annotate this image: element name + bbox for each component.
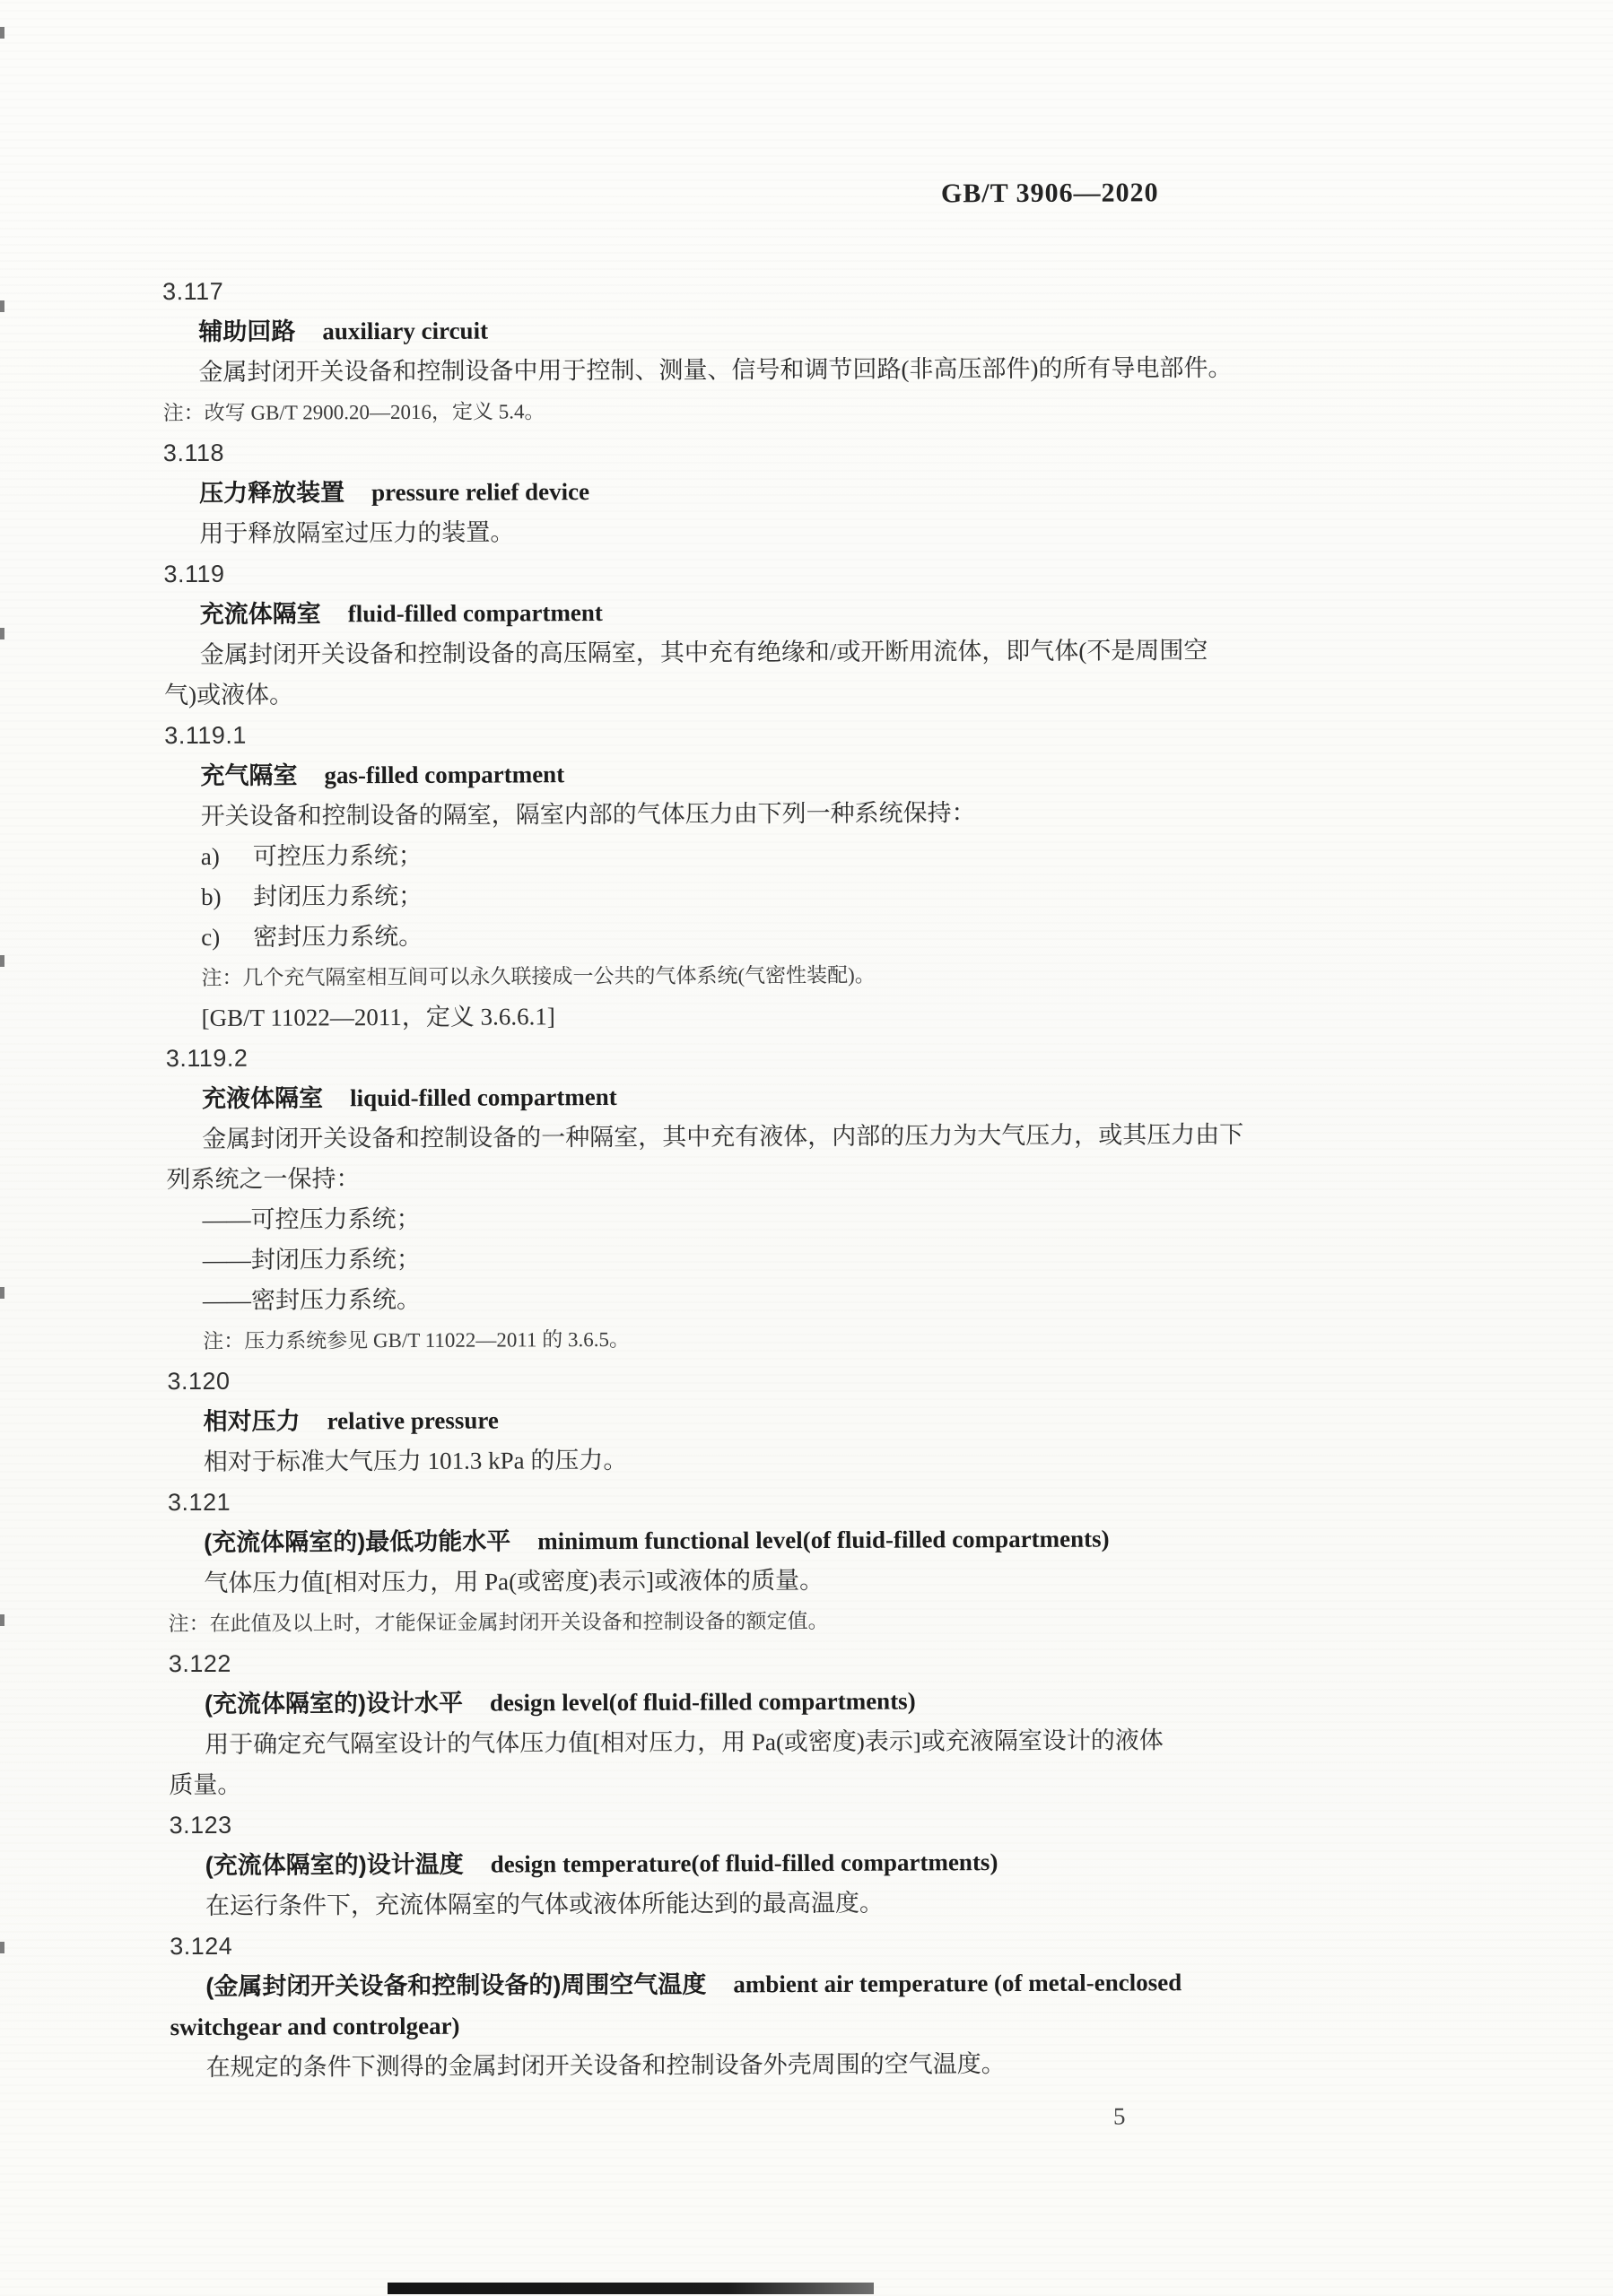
definition-line: 在运行条件下，充流体隔室的气体或液体所能达到的最高温度。 <box>170 1882 1210 1926</box>
binding-mark <box>0 1942 4 1953</box>
term-line: 压力释放装置pressure relief device <box>163 469 1204 514</box>
list-item-label: b) <box>201 877 253 918</box>
section-number: 3.119.1 <box>164 711 1205 756</box>
term-en: pressure relief device <box>371 478 589 506</box>
definition-line: 相对于标准大气压力 101.3 kPa 的压力。 <box>168 1438 1208 1483</box>
note-line: 注：压力系统参见 GB/T 11022—2011 的 3.6.5。 <box>167 1317 1208 1361</box>
scanned-standard-page: GB/T 3906—2020 3.117 辅助回路auxiliary circu… <box>0 0 1613 2296</box>
section-number: 3.123 <box>169 1801 1209 1846</box>
term-en: minimum functional level(of fluid-filled… <box>537 1526 1110 1555</box>
definition-line: 开关设备和控制设备的隔室，隔室内部的气体压力由下列一种系统保持： <box>165 792 1206 837</box>
definition-line: 金属封闭开关设备和控制设备中用于控制、测量、信号和调节回路(非高压部件)的所有导… <box>162 348 1203 393</box>
section-number: 3.121 <box>168 1478 1208 1523</box>
term-zh: (充流体隔室的)设计温度 <box>205 1851 464 1879</box>
note-line: 注：在此值及以上时，才能保证金属封闭开关设备和控制设备的额定值。 <box>168 1599 1208 1644</box>
definition-line: 用于释放隔室过压力的装置。 <box>163 509 1204 554</box>
term-zh: 充流体隔室 <box>200 600 321 628</box>
term-en: fluid-filled compartment <box>348 599 603 627</box>
term-en: design level(of fluid-filled compartment… <box>490 1687 916 1716</box>
list-item: c)密封压力系统。 <box>165 913 1206 958</box>
definition-line: 金属封闭开关设备和控制设备的一种隔室，其中充有液体，内部的压力为大气压力，或其压… <box>166 1115 1207 1160</box>
definition-line: 在规定的条件下测得的金属封闭开关设备和控制设备外壳周围的空气温度。 <box>170 2043 1211 2088</box>
term-zh: 充液体隔室 <box>202 1084 323 1112</box>
term-zh: (充流体隔室的)最低功能水平 <box>204 1527 510 1555</box>
section-number: 3.119.2 <box>166 1034 1207 1079</box>
definition-line: 金属封闭开关设备和控制设备的高压隔室，其中充有绝缘和/或开断用流体，即气体(不是… <box>164 631 1205 675</box>
list-item-label: c) <box>201 918 253 958</box>
binding-mark <box>0 1287 4 1299</box>
scan-skew-wrapper: GB/T 3906—2020 3.117 辅助回路auxiliary circu… <box>0 0 1613 2296</box>
term-zh: 辅助回路 <box>198 317 295 344</box>
section-number: 3.124 <box>170 1922 1210 1967</box>
definition-line: 用于确定充气隔室设计的气体压力值[相对压力，用 Pa(或密度)表示]或充液隔室设… <box>169 1720 1209 1765</box>
note-line: 注：几个充气隔室相互间可以永久联接成一公共的气体系统(气密性装配)。 <box>165 953 1206 998</box>
note-line: 注：改写 GB/T 2900.20—2016，定义 5.4。 <box>163 388 1204 433</box>
term-line: (充流体隔室的)设计温度design temperature(of fluid-… <box>170 1841 1210 1886</box>
section-number: 3.120 <box>167 1357 1208 1402</box>
section-number: 3.118 <box>163 429 1204 474</box>
term-zh: (金属封闭开关设备和控制设备的)周围空气温度 <box>205 1971 706 2000</box>
term-line: 充流体隔室fluid-filled compartment <box>164 590 1205 635</box>
terms-and-definitions-content: 3.117 辅助回路auxiliary circuit 金属封闭开关设备和控制设… <box>162 267 1211 2088</box>
binding-mark <box>0 27 4 39</box>
definition-line: 列系统之一保持： <box>166 1155 1207 1200</box>
list-item-text: 密封压力系统。 <box>253 923 423 951</box>
definition-line: 气)或液体。 <box>164 671 1205 716</box>
term-line: 相对压力relative pressure <box>168 1397 1208 1442</box>
term-line: (充流体隔室的)设计水平design level(of fluid-filled… <box>169 1680 1209 1725</box>
term-en: auxiliary circuit <box>322 317 488 345</box>
term-en: design temperature(of fluid-filled compa… <box>491 1848 998 1877</box>
term-zh: 相对压力 <box>204 1407 301 1434</box>
scan-artifact-bar <box>388 2283 874 2294</box>
term-zh: 压力释放装置 <box>199 479 344 507</box>
term-zh: 充气隔室 <box>200 761 297 788</box>
list-item-label: a) <box>201 837 253 877</box>
dash-list-item: ——封闭压力系统； <box>167 1236 1208 1281</box>
section-number: 3.119 <box>163 550 1204 595</box>
binding-mark <box>0 300 4 312</box>
section-number: 3.122 <box>169 1639 1209 1684</box>
section-number: 3.117 <box>162 267 1203 312</box>
term-line: 充液体隔室liquid-filled compartment <box>166 1074 1207 1119</box>
term-zh: (充流体隔室的)设计水平 <box>205 1690 463 1718</box>
term-en-continuation: switchgear and controlgear) <box>170 2003 1210 2048</box>
term-line: (充流体隔室的)最低功能水平minimum functional level(o… <box>168 1518 1208 1563</box>
term-line: 充气隔室gas-filled compartment <box>164 752 1205 796</box>
list-item-text: 封闭压力系统； <box>253 883 423 910</box>
term-line: 辅助回路auxiliary circuit <box>162 308 1203 352</box>
definition-line: 质量。 <box>169 1761 1209 1805</box>
term-line: (金属封闭开关设备和控制设备的)周围空气温度ambient air temper… <box>170 1962 1210 2007</box>
binding-mark <box>0 1614 4 1626</box>
term-en: ambient air temperature (of metal-enclos… <box>733 1969 1181 1997</box>
standard-number-header: GB/T 3906—2020 <box>161 178 1159 213</box>
definition-line: 气体压力值[相对压力，用 Pa(或密度)表示]或液体的质量。 <box>168 1559 1208 1604</box>
citation-line: [GB/T 11022—2011，定义 3.6.6.1] <box>166 994 1207 1039</box>
term-en: relative pressure <box>327 1407 499 1435</box>
dash-list-item: ——可控压力系统； <box>167 1196 1208 1240</box>
list-item: a)可控压力系统； <box>165 832 1206 877</box>
binding-mark <box>0 955 4 967</box>
list-item: b)封闭压力系统； <box>165 873 1206 918</box>
page-number: 5 <box>1113 2102 1126 2130</box>
term-en: liquid-filled compartment <box>350 1083 617 1111</box>
dash-list-item: ——密封压力系统。 <box>167 1276 1208 1321</box>
term-en: gas-filled compartment <box>324 761 564 788</box>
binding-mark <box>0 628 4 639</box>
list-item-text: 可控压力系统； <box>253 842 423 870</box>
